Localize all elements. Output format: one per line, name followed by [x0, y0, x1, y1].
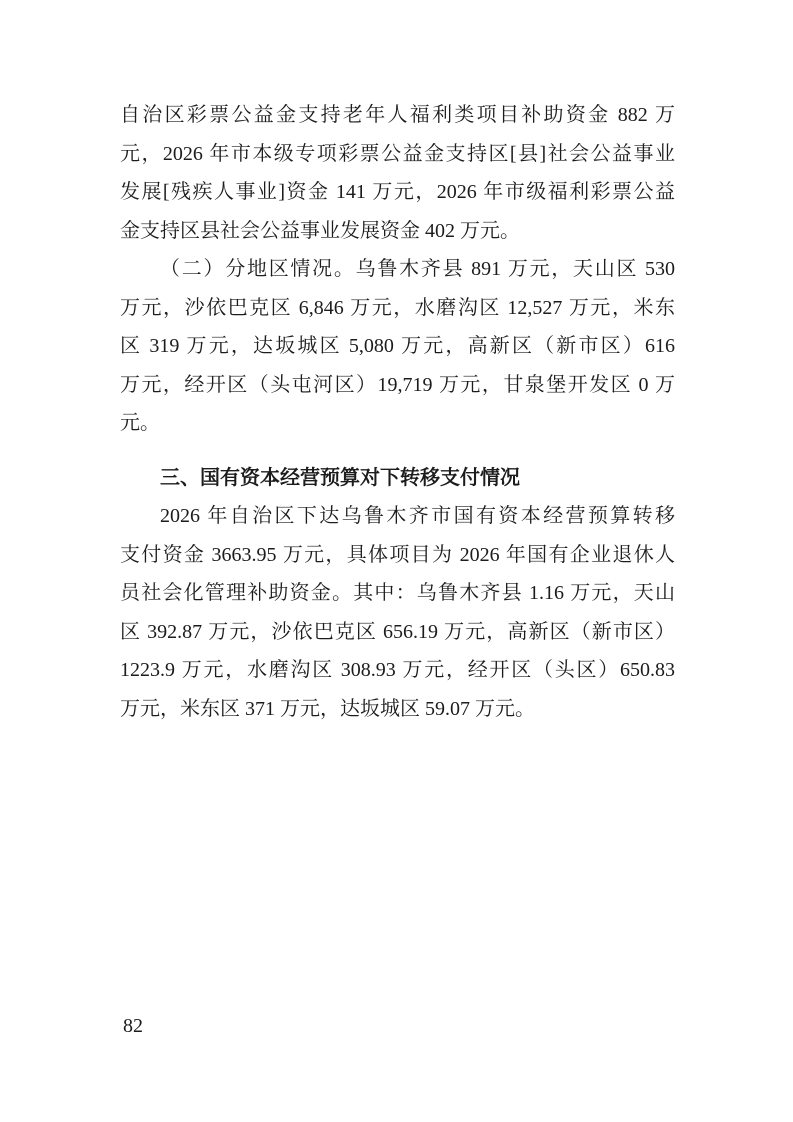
paragraph: 2026 年自治区下达乌鲁木齐市国有资本经营预算转移支付资金 3663.95 万… — [120, 497, 675, 728]
text-line: 元。 — [120, 404, 675, 443]
text-line: 万元，经开区（头屯河区）19,719 万元，甘泉堡开发区 0 万 — [120, 366, 675, 405]
text-line: 元，2026 年市本级专项彩票公益金支持区[县]社会公益事业 — [120, 135, 675, 174]
section-heading: 三、国有资本经营预算对下转移支付情况 — [120, 459, 675, 498]
text-line: 万元，米东区 371 万元，达坂城区 59.07 万元。 — [120, 690, 675, 729]
text-line: 区 319 万元，达坂城区 5,080 万元，高新区（新市区）616 — [120, 327, 675, 366]
page-number: 82 — [123, 1012, 143, 1040]
text-line: 区 392.87 万元，沙依巴克区 656.19 万元，高新区（新市区） — [120, 613, 675, 652]
text-line: 万元，沙依巴克区 6,846 万元，水磨沟区 12,527 万元，米东 — [120, 289, 675, 328]
text-line: 1223.9 万元，水磨沟区 308.93 万元，经开区（头区）650.83 — [120, 651, 675, 690]
document-body: 自治区彩票公益金支持老年人福利类项目补助资金 882 万元，2026 年市本级专… — [120, 96, 675, 728]
text-line: 金支持区县社会公益事业发展资金 402 万元。 — [120, 212, 675, 251]
text-line: 员社会化管理补助资金。其中：乌鲁木齐县 1.16 万元，天山 — [120, 574, 675, 613]
text-line: 自治区彩票公益金支持老年人福利类项目补助资金 882 万 — [120, 96, 675, 135]
paragraph: 自治区彩票公益金支持老年人福利类项目补助资金 882 万元，2026 年市本级专… — [120, 96, 675, 250]
text-line: 2026 年自治区下达乌鲁木齐市国有资本经营预算转移 — [120, 497, 675, 536]
document-page: 自治区彩票公益金支持老年人福利类项目补助资金 882 万元，2026 年市本级专… — [0, 0, 793, 1122]
text-line: 支付资金 3663.95 万元，具体项目为 2026 年国有企业退休人 — [120, 536, 675, 575]
text-line: （二）分地区情况。乌鲁木齐县 891 万元，天山区 530 — [120, 250, 675, 289]
paragraph: （二）分地区情况。乌鲁木齐县 891 万元，天山区 530万元，沙依巴克区 6,… — [120, 250, 675, 443]
text-line: 发展[残疾人事业]资金 141 万元，2026 年市级福利彩票公益 — [120, 173, 675, 212]
heading-text: 三、国有资本经营预算对下转移支付情况 — [120, 459, 675, 498]
